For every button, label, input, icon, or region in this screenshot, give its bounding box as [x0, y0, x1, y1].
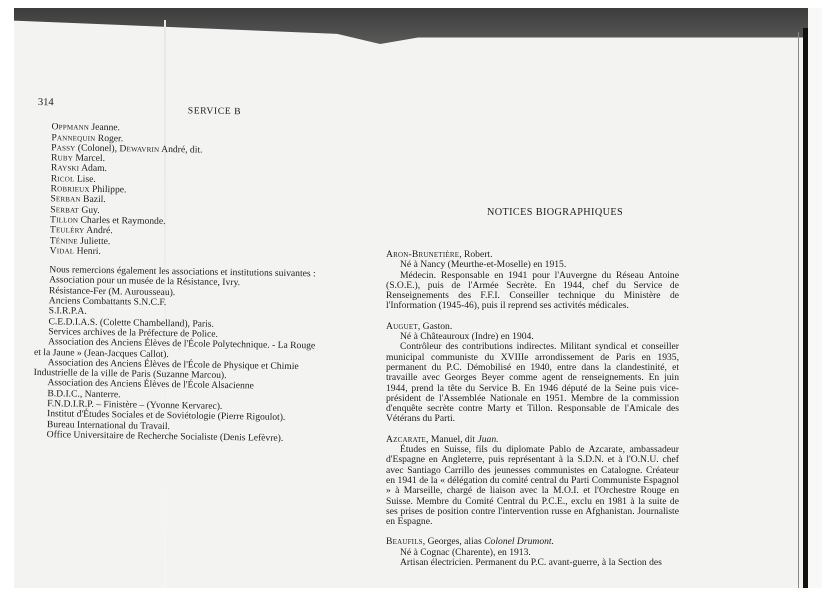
scan-margin [808, 8, 822, 588]
right-page: Aron-Brunetière, Robert.Né à Nancy (Meur… [386, 250, 679, 578]
bio-entry: Aron-Brunetière, Robert.Né à Nancy (Meur… [386, 250, 679, 312]
running-head: SERVICE B [188, 106, 242, 117]
bio-entry: Azcarate, Manuel, dit Juan.Études en Sui… [386, 435, 679, 528]
surname: Dewavrin [119, 143, 159, 155]
left-page: 314 SERVICE B Oppmann Jeanne.Pannequin R… [33, 98, 348, 445]
section-heading: NOTICES BIOGRAPHIQUES [487, 207, 623, 218]
surname: Vidal [50, 245, 75, 256]
bio-text: Artisan électricien. Permanent du P.C. a… [386, 558, 679, 568]
bio-text: Médecin. Responsable en 1941 pour l'Auve… [386, 271, 679, 312]
institution-list: Association pour un musée de la Résistan… [47, 276, 346, 445]
bio-surname: Beaufils [386, 536, 423, 547]
given-name: André, dit. [159, 144, 202, 156]
bio-alias: Colonel Drumont. [484, 536, 554, 547]
page-edge-line [798, 32, 799, 588]
bio-text: Études en Suisse, fils du diplomate Pabl… [386, 445, 679, 527]
bio-text: Contrôleur des contributions indirectes.… [386, 342, 679, 424]
given-name: Henri. [74, 245, 101, 256]
top-shadow [14, 8, 822, 44]
bio-entry: Auguet, Gaston.Né à Châteauroux (Indre) … [386, 322, 679, 425]
name-list: Oppmann Jeanne.Pannequin Roger.Passy (Co… [50, 123, 348, 261]
bio-entry: Beaufils, Georges, alias Colonel Drumont… [386, 537, 679, 568]
bio-given-name: , Georges, alias [423, 536, 484, 547]
